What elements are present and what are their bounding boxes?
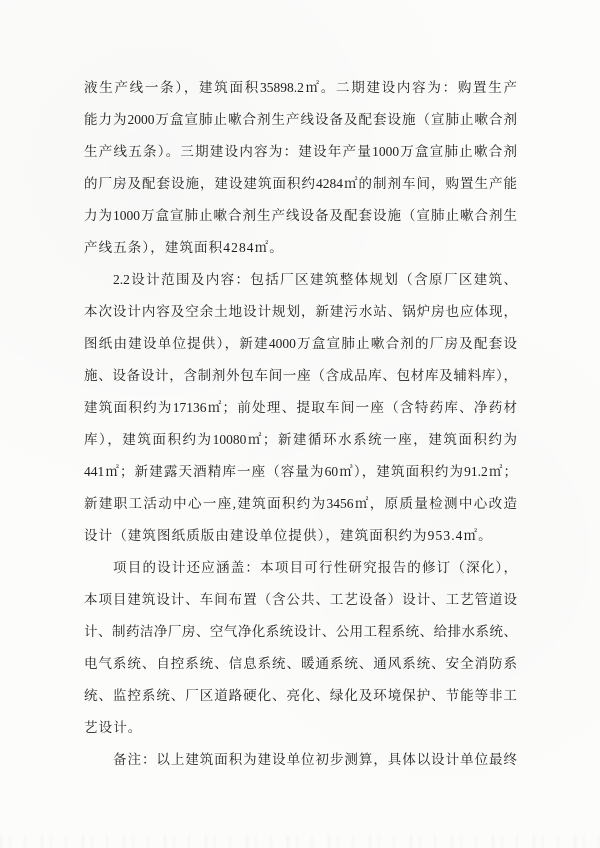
scanned-document: { "document": { "background_color": "#fc…: [0, 0, 600, 848]
document-content: 液生产线一条），建筑面积35898.2㎡。二期建设内容为：购置生产能力为2000…: [84, 72, 517, 776]
text-line: 液生产线一条），建筑面积35898.2㎡。二期建设内容为：购置生产: [84, 72, 517, 104]
text-line: 建筑面积约为17136㎡；前处理、提取车间一座（含特药库、净药材: [84, 392, 517, 424]
text-line: 新建职工活动中心一座,建筑面积约为3456㎡，原质量检测中心改造: [84, 488, 517, 520]
scan-artifact: [0, 835, 600, 848]
text-line: 项目的设计还应涵盖：本项目可行性研究报告的修订（深化），: [84, 552, 517, 584]
text-line: 设计（建筑图纸质版由建设单位提供），建筑面积约为953.4㎡。: [84, 520, 517, 552]
text-line: 生产线五条）。三期建设内容为：建设年产量1000万盒宣肺止嗽合剂: [84, 136, 517, 168]
text-line: 的厂房及配套设施，建设建筑面积约4284㎡的制剂车间，购置生产能: [84, 168, 517, 200]
document-page: 液生产线一条），建筑面积35898.2㎡。二期建设内容为：购置生产能力为2000…: [0, 0, 600, 848]
text-line: 库），建筑面积约为10080㎡；新建循环水系统一座，建筑面积约为: [84, 424, 517, 456]
text-line: 艺设计。: [84, 712, 517, 744]
text-line: 备注：以上建筑面积为建设单位初步测算，具体以设计单位最终: [84, 744, 517, 776]
text-line: 2.2设计范围及内容：包括厂区建筑整体规划（含原厂区建筑、: [84, 264, 517, 296]
text-line: 计、制药洁净厂房、空气净化系统设计、公用工程系统、给排水系统、: [84, 616, 517, 648]
text-line: 力为1000万盒宣肺止嗽合剂生产线设备及配套设施（宣肺止嗽合剂生: [84, 200, 517, 232]
text-line: 施、设备设计，含制剂外包车间一座（含成品库、包材库及辅料库），: [84, 360, 517, 392]
text-line: 能力为2000万盒宣肺止嗽合剂生产线设备及配套设施（宣肺止嗽合剂: [84, 104, 517, 136]
text-line: 本项目建筑设计、车间布置（含公共、工艺设备）设计、工艺管道设: [84, 584, 517, 616]
text-line: 产线五条），建筑面积4284㎡。: [84, 232, 517, 264]
text-line: 统、监控系统、厂区道路硬化、亮化、绿化及环境保护、节能等非工: [84, 680, 517, 712]
text-line: 本次设计内容及空余土地设计规划，新建污水站、锅炉房也应体现，: [84, 296, 517, 328]
text-line: 图纸由建设单位提供），新建4000万盒宣肺止嗽合剂的厂房及配套设: [84, 328, 517, 360]
text-line: 441㎡；新建露天酒精库一座（容量为60㎥），建筑面积约为91.2㎡；: [84, 456, 517, 488]
text-line: 电气系统、自控系统、信息系统、暖通系统、通风系统、安全消防系: [84, 648, 517, 680]
